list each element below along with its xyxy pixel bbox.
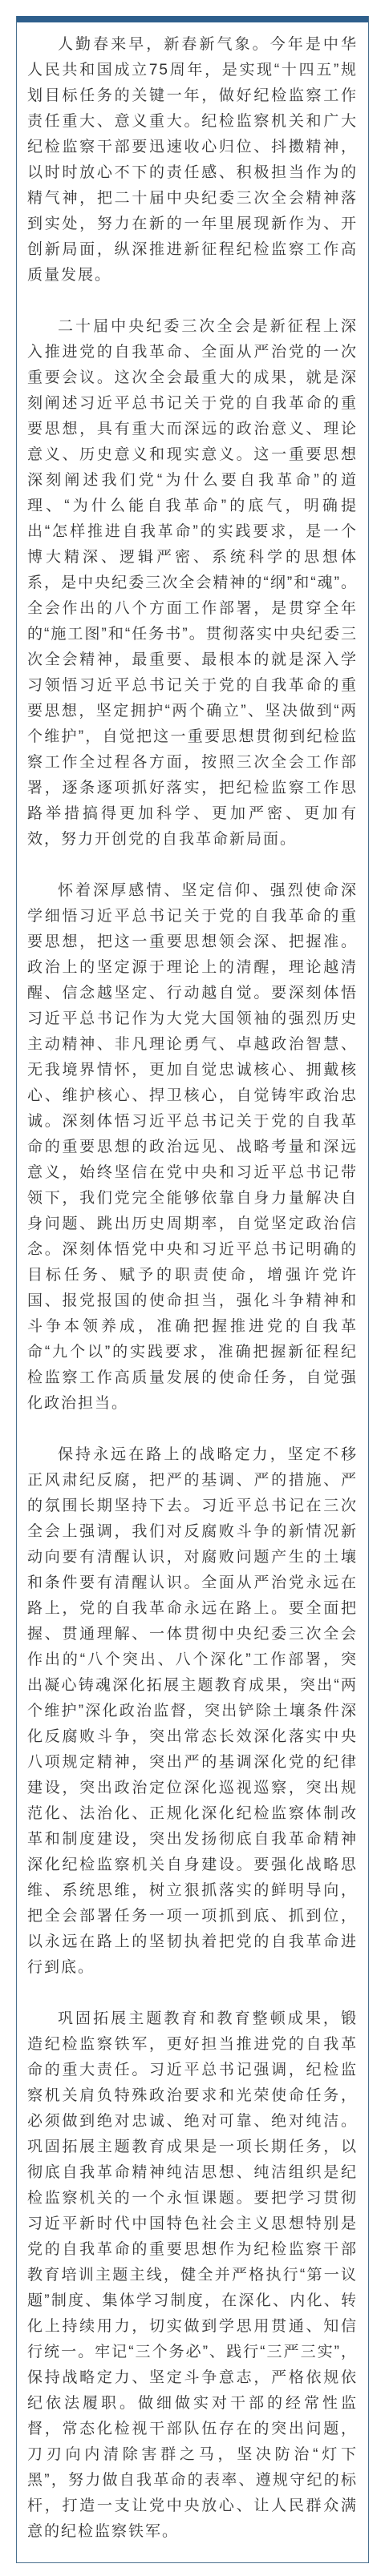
article-body: 人勤春来早，新春新气象。今年是中华人民共和国成立75周年，是实现“十四五”规划目… (17, 22, 368, 2562)
article-page: 人勤春来早，新春新气象。今年是中华人民共和国成立75周年，是实现“十四五”规划目… (0, 0, 385, 2576)
article-card: 人勤春来早，新春新气象。今年是中华人民共和国成立75周年，是实现“十四五”规划目… (16, 16, 369, 2563)
article-paragraph-3: 怀着深厚感情、坚定信仰、强烈使命深学细悟习近平总书记关于党的自我革命的重要思想，… (27, 878, 358, 1417)
article-paragraph-2: 二十届中央纪委三次全会是新征程上深入推进党的自我革命、全面从严治党的一次重要会议… (27, 314, 358, 853)
article-paragraph-4: 保持永远在路上的战略定力，坚定不移正风肃纪反腐，把严的基调、严的措施、严的氛围长… (27, 1442, 358, 1981)
accent-bar (17, 16, 368, 22)
article-paragraph-5: 巩固拓展主题教育和教育整顿成果，锻造纪检监察铁军，更好担当推进党的自我革命的重大… (27, 2006, 358, 2545)
article-paragraph-1: 人勤春来早，新春新气象。今年是中华人民共和国成立75周年，是实现“十四五”规划目… (27, 32, 358, 288)
